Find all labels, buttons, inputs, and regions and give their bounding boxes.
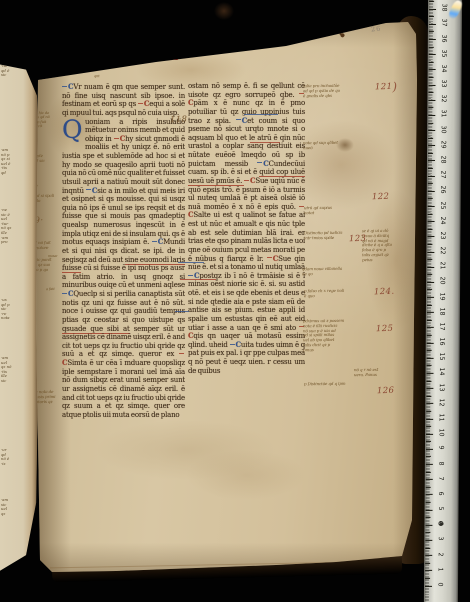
ruler-tick	[426, 403, 433, 404]
ruler-half-tick	[428, 92, 433, 93]
ruler-half-tick	[428, 213, 433, 214]
text-column-right: ostam nō semp ē. fi se qellunt cē uisote…	[188, 82, 305, 423]
ruler-tick	[428, 206, 435, 207]
ruler-number: 18	[438, 305, 445, 317]
ruler-tick	[426, 373, 433, 374]
paragraph-mark: C	[236, 116, 247, 125]
margin-note: Distinctio pd iudicis intr tmios spāle	[304, 231, 354, 241]
ruler-half-tick	[428, 183, 433, 184]
cut-marginalia: -ur qd nō ē -is	[1, 448, 14, 466]
paragraph-mark: C	[152, 237, 163, 246]
ruler-number: 37	[440, 17, 447, 29]
ruler-tick	[426, 418, 433, 419]
margin-note: sz ē qi ui a dō p suo ā dicūtq qd nō ē m…	[362, 229, 398, 263]
ruler-number: 30	[440, 123, 447, 135]
ruler-tick	[427, 327, 434, 328]
ruler-number: 38	[441, 2, 448, 14]
ruler-half-tick	[427, 274, 432, 275]
ruler-number: 9	[437, 442, 444, 454]
ruler-tick	[427, 267, 434, 268]
ruler-half-tick	[429, 16, 434, 17]
ruler-number: 23	[439, 229, 446, 241]
text-segment: ostam nō semp ē. fi se qellunt cē uisote…	[188, 82, 305, 99]
ruler-number: 24	[439, 214, 446, 226]
margin-note: Iulia pro inchoatōe ad qd p qstio de qo …	[303, 84, 345, 99]
ruler-half-tick	[429, 77, 434, 78]
ruler-half-tick	[426, 411, 431, 412]
ruler-half-tick	[429, 62, 434, 63]
ruler-tick	[427, 358, 434, 359]
ruler-number: 35	[440, 47, 447, 59]
margin-note: moue	[48, 254, 62, 258]
paragraph-mark: C	[62, 83, 73, 91]
ruler-half-tick	[428, 153, 433, 154]
ruler-tick	[425, 540, 432, 541]
ruler-number: 36	[440, 32, 447, 44]
ruler-number: 6	[437, 487, 444, 499]
paragraph-mark: C	[267, 254, 278, 263]
ruler-number: 5	[437, 503, 444, 515]
ruler-tick	[427, 236, 434, 237]
cut-marginalia: -tur qd ē sic	[1, 64, 14, 78]
ruler-number: 0	[436, 578, 443, 590]
ruler-half-tick	[427, 365, 432, 366]
ruler-tick	[425, 570, 432, 571]
ruler-number: 1	[437, 563, 444, 575]
ruler-tick	[427, 282, 434, 283]
ruler-number: 31	[440, 108, 447, 120]
pilcrow-tail	[175, 311, 189, 312]
ruler-tick	[428, 176, 435, 177]
ruler-number: 26	[439, 184, 446, 196]
margin-note: nota qd sup qlibet nueō	[303, 141, 343, 151]
ruler-half-tick	[426, 487, 431, 488]
ruler-number: 15	[438, 351, 445, 363]
ruler-tick	[428, 160, 435, 161]
ruler-half-tick	[427, 244, 432, 245]
text-segment: cū si fuisse ē ipi motus ps ausr a fatim…	[62, 264, 185, 289]
ruler-tick	[426, 509, 433, 510]
ruler-half-tick	[427, 350, 432, 351]
ruler-half-tick	[427, 289, 432, 290]
margin-note: nō q r nō est uera. Panus	[354, 368, 384, 378]
ruler-half-tick	[426, 380, 431, 381]
cut-marginalia: -us qd p sic -re nota	[1, 298, 14, 321]
ruler-number: 27	[439, 169, 446, 181]
ink-mark	[331, 26, 343, 36]
ruler-tick	[428, 130, 435, 131]
paragraph-mark: C	[86, 186, 97, 195]
paragraph-mark: C	[62, 289, 73, 298]
ruler-number: 32	[440, 93, 447, 105]
initial-letter: Q	[62, 119, 83, 146]
manuscript-page: 26 CVr nuam ē qm que semper sunt. nō fin…	[36, 20, 420, 576]
text-segment: Simta ē ur cēa ī mduare quopsliqz iple s…	[62, 359, 185, 419]
ruler-number: 11	[438, 411, 445, 423]
ruler-tick	[426, 434, 433, 435]
ruler-number: 28	[439, 153, 446, 165]
ruler-half-tick	[426, 456, 431, 457]
text-segment: postqz ib ī nō ē trmāisie si ē ī minas o…	[188, 272, 305, 332]
ruler-tick	[428, 191, 435, 192]
margin-number: 126	[377, 387, 395, 397]
ruler-number: 21	[439, 260, 446, 272]
ruler-number: 2	[437, 548, 444, 560]
ruler-half-tick	[429, 47, 434, 48]
margin-note: p falso ch x rege noli ē quo	[304, 289, 352, 299]
margin-number-flourish: )	[392, 80, 398, 94]
pilcrow-tail	[244, 114, 278, 115]
ruler-tick	[427, 312, 434, 313]
ruler-tick	[429, 54, 436, 55]
ruler-number: 13	[438, 381, 445, 393]
cut-marginalia: -am sic uel qz	[1, 498, 14, 516]
ruler-half-tick	[427, 320, 432, 321]
ruler-number: 33	[440, 78, 447, 90]
ruler-half-tick	[425, 563, 430, 564]
ruler-number: 17	[438, 320, 445, 332]
pencil-foliation: 26	[371, 24, 382, 33]
ruler-number: 34	[440, 62, 447, 74]
numeral-stroke	[166, 50, 169, 58]
ruler-half-tick	[426, 502, 431, 503]
ruler-number: 16	[438, 336, 445, 348]
ruler-half-tick	[429, 1, 434, 2]
ruler-half-tick	[428, 138, 433, 139]
ruler-tick	[427, 297, 434, 298]
ruler-number: 29	[440, 138, 447, 150]
ruler-tick	[426, 494, 433, 495]
ruler-tick	[428, 145, 435, 146]
ruler-tick	[429, 39, 436, 40]
ruler-half-tick	[427, 305, 432, 306]
ruler-half-tick	[427, 259, 432, 260]
ruler-half-tick	[428, 198, 433, 199]
paragraph-mark: C	[257, 159, 268, 168]
text-segment: Queclp si si perilia canaptista sūt noti…	[62, 290, 185, 324]
margin-number: 125	[376, 325, 394, 335]
ruler: 0123456789101112131415161718192021222324…	[424, 0, 462, 602]
ruler-tick	[426, 464, 433, 465]
paragraph-mark: C	[230, 340, 241, 349]
margin-note: qdam noua villanella de qo	[302, 267, 350, 277]
ruler-tick	[429, 24, 436, 25]
ruler-tick	[425, 555, 432, 556]
paragraph-mark: C	[244, 176, 255, 185]
ruler-tick	[427, 251, 434, 252]
numeral-stroke	[162, 50, 165, 58]
ruler-number: 19	[438, 290, 445, 302]
cut-marginalia: -am nō p qz si uel ē -tis qd	[1, 148, 14, 176]
paragraph-mark: C	[114, 134, 125, 143]
ruler-half-tick	[426, 396, 431, 397]
ruler-tick	[428, 115, 435, 116]
ruler-number: 12	[438, 396, 445, 408]
ruler-half-tick	[427, 335, 432, 336]
binding-shadow	[214, 2, 234, 20]
ruler-tick	[425, 525, 432, 526]
ruler-half-tick	[426, 426, 431, 427]
ruler-half-tick	[428, 168, 433, 169]
ruler-tick	[428, 100, 435, 101]
text-column-left: CVr nuam ē qm que semper sunt. nō fine u…	[62, 83, 185, 432]
ruler-half-tick	[425, 517, 430, 518]
ruler-tick	[426, 388, 433, 389]
ruler-number: 25	[439, 199, 446, 211]
ruler-half-tick	[425, 532, 430, 533]
margin-number: 121)	[375, 83, 398, 93]
ruler-tick	[428, 221, 435, 222]
margin-number: 124.	[374, 288, 395, 298]
ruler-half-tick	[428, 122, 433, 123]
ruler-number: 22	[439, 245, 446, 257]
pilcrow-tail	[180, 279, 216, 280]
manuscript-photo: -tur qd ē sic-am nō p qz si uel ē -tis q…	[0, 0, 470, 602]
ruler-tick	[425, 585, 432, 586]
ruler-half-tick	[429, 31, 434, 32]
margin-note: p Distinctōe qd q ipm	[304, 382, 354, 387]
ruler-number: 3	[437, 533, 444, 545]
numeral-stroke	[170, 50, 173, 58]
ruler-number: 20	[439, 275, 446, 287]
margin-note: pdximus uō z possem nota ē illā rusticis…	[303, 319, 355, 353]
ruler-number: 8	[437, 457, 444, 469]
paragraph-mark: C	[138, 99, 149, 108]
ruler-half-tick	[427, 229, 432, 230]
quire-numeral	[161, 47, 178, 60]
ruler-tick	[427, 342, 434, 343]
ruler-number: 10	[438, 427, 445, 439]
margin-note: utrū qd supius notat	[304, 206, 342, 216]
ruler-tick	[426, 449, 433, 450]
margin-note: a fati	[46, 287, 62, 291]
initial-letter-glyph: Q	[62, 117, 82, 143]
margin-number: 122	[372, 193, 390, 203]
ruler-number: 7	[437, 472, 444, 484]
ruler-half-tick	[426, 441, 431, 442]
ruler-half-tick	[428, 107, 433, 108]
ruler-tick	[429, 9, 436, 10]
previous-page-edge: -tur qd ē sic-am nō p qz si uel ē -tis q…	[0, 54, 42, 576]
parchment-stain	[186, 450, 306, 500]
ruler-half-tick	[425, 547, 430, 548]
ruler-half-tick	[426, 472, 431, 473]
pilcrow-tail	[250, 142, 280, 143]
cut-marginalia: -am uel qz nō -tis ille sic	[1, 356, 14, 384]
numeral-stroke	[175, 50, 178, 58]
margin-number: 118	[170, 116, 188, 126]
ruler-maker-logo	[438, 521, 443, 526]
cut-marginalia: -ne sic ē uel -tur nō qz ille -am pro	[1, 208, 14, 245]
ruler-tick	[429, 69, 436, 70]
margin-note: qnt	[94, 74, 116, 78]
ruler-tick	[426, 479, 433, 480]
ruler-half-tick	[425, 578, 430, 579]
pilcrow-tail	[178, 262, 204, 263]
ruler-number: 14	[438, 366, 445, 378]
ruler-tick	[429, 84, 436, 85]
